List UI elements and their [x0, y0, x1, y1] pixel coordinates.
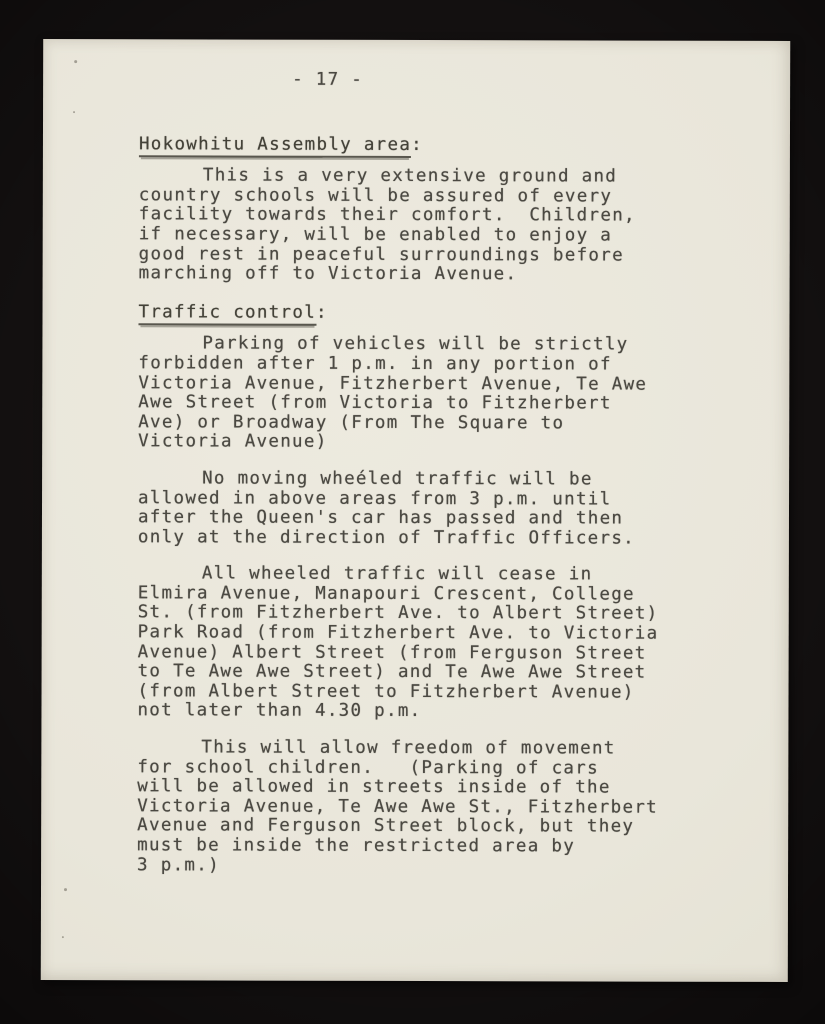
paragraph: No moving wheéled traffic will beallowed…: [138, 469, 768, 549]
paper-speck: [62, 936, 64, 938]
text-line: This is a very extensive ground and: [139, 166, 769, 187]
text-line: after the Queen's car has passed and the…: [138, 508, 768, 529]
section-heading-text: Traffic control: [138, 302, 316, 325]
section-heading-colon: :: [411, 135, 423, 155]
section-heading-text: Hokowhitu Assembly area: [139, 134, 411, 158]
text-line: forbidden after 1 p.m. in any portion of: [138, 354, 768, 375]
text-line: must be inside the restricted area by: [137, 836, 767, 857]
document-page: - 17 - Hokowhitu Assembly area:This is a…: [41, 39, 790, 982]
text-line: Park Road (from Fitzherbert Ave. to Vict…: [138, 623, 768, 644]
section-heading-colon: :: [316, 302, 328, 322]
paragraph: This is a very extensive ground andcount…: [139, 166, 769, 285]
text-line: This will allow freedom of movement: [137, 738, 767, 759]
paper-speck: [73, 111, 75, 113]
document-section: Hokowhitu Assembly area:This is a very e…: [139, 135, 769, 286]
document-body: Hokowhitu Assembly area:This is a very e…: [137, 135, 769, 877]
paragraph: Parking of vehicles will be strictlyforb…: [138, 335, 768, 454]
paragraph: All wheeled traffic will cease inElmira …: [137, 565, 767, 723]
text-line: 3 p.m.): [137, 856, 767, 877]
section-heading: Traffic control:: [138, 303, 768, 324]
paper-speck: [64, 888, 67, 891]
text-line: only at the direction of Traffic Officer…: [138, 528, 768, 549]
scanner-background: { "colors": { "background": "#131010", "…: [0, 0, 825, 1024]
text-line: not later than 4.30 p.m.: [137, 702, 767, 723]
paper-speck: [74, 60, 77, 63]
paragraph: This will allow freedom of movementfor s…: [137, 738, 767, 877]
text-line: marching off to Victoria Avenue.: [139, 264, 769, 285]
text-line: No moving wheéled traffic will be: [138, 469, 768, 490]
page-number: - 17 -: [292, 71, 769, 92]
document-section: Traffic control:Parking of vehicles will…: [137, 303, 768, 877]
text-line: Victoria Avenue): [138, 433, 768, 454]
section-heading: Hokowhitu Assembly area:: [139, 135, 769, 156]
page-content: - 17 - Hokowhitu Assembly area:This is a…: [137, 70, 769, 877]
text-line: if necessary, will be enabled to enjoy a: [139, 225, 769, 246]
text-line: Awe Street (from Victoria to Fitzherbert: [138, 393, 768, 414]
